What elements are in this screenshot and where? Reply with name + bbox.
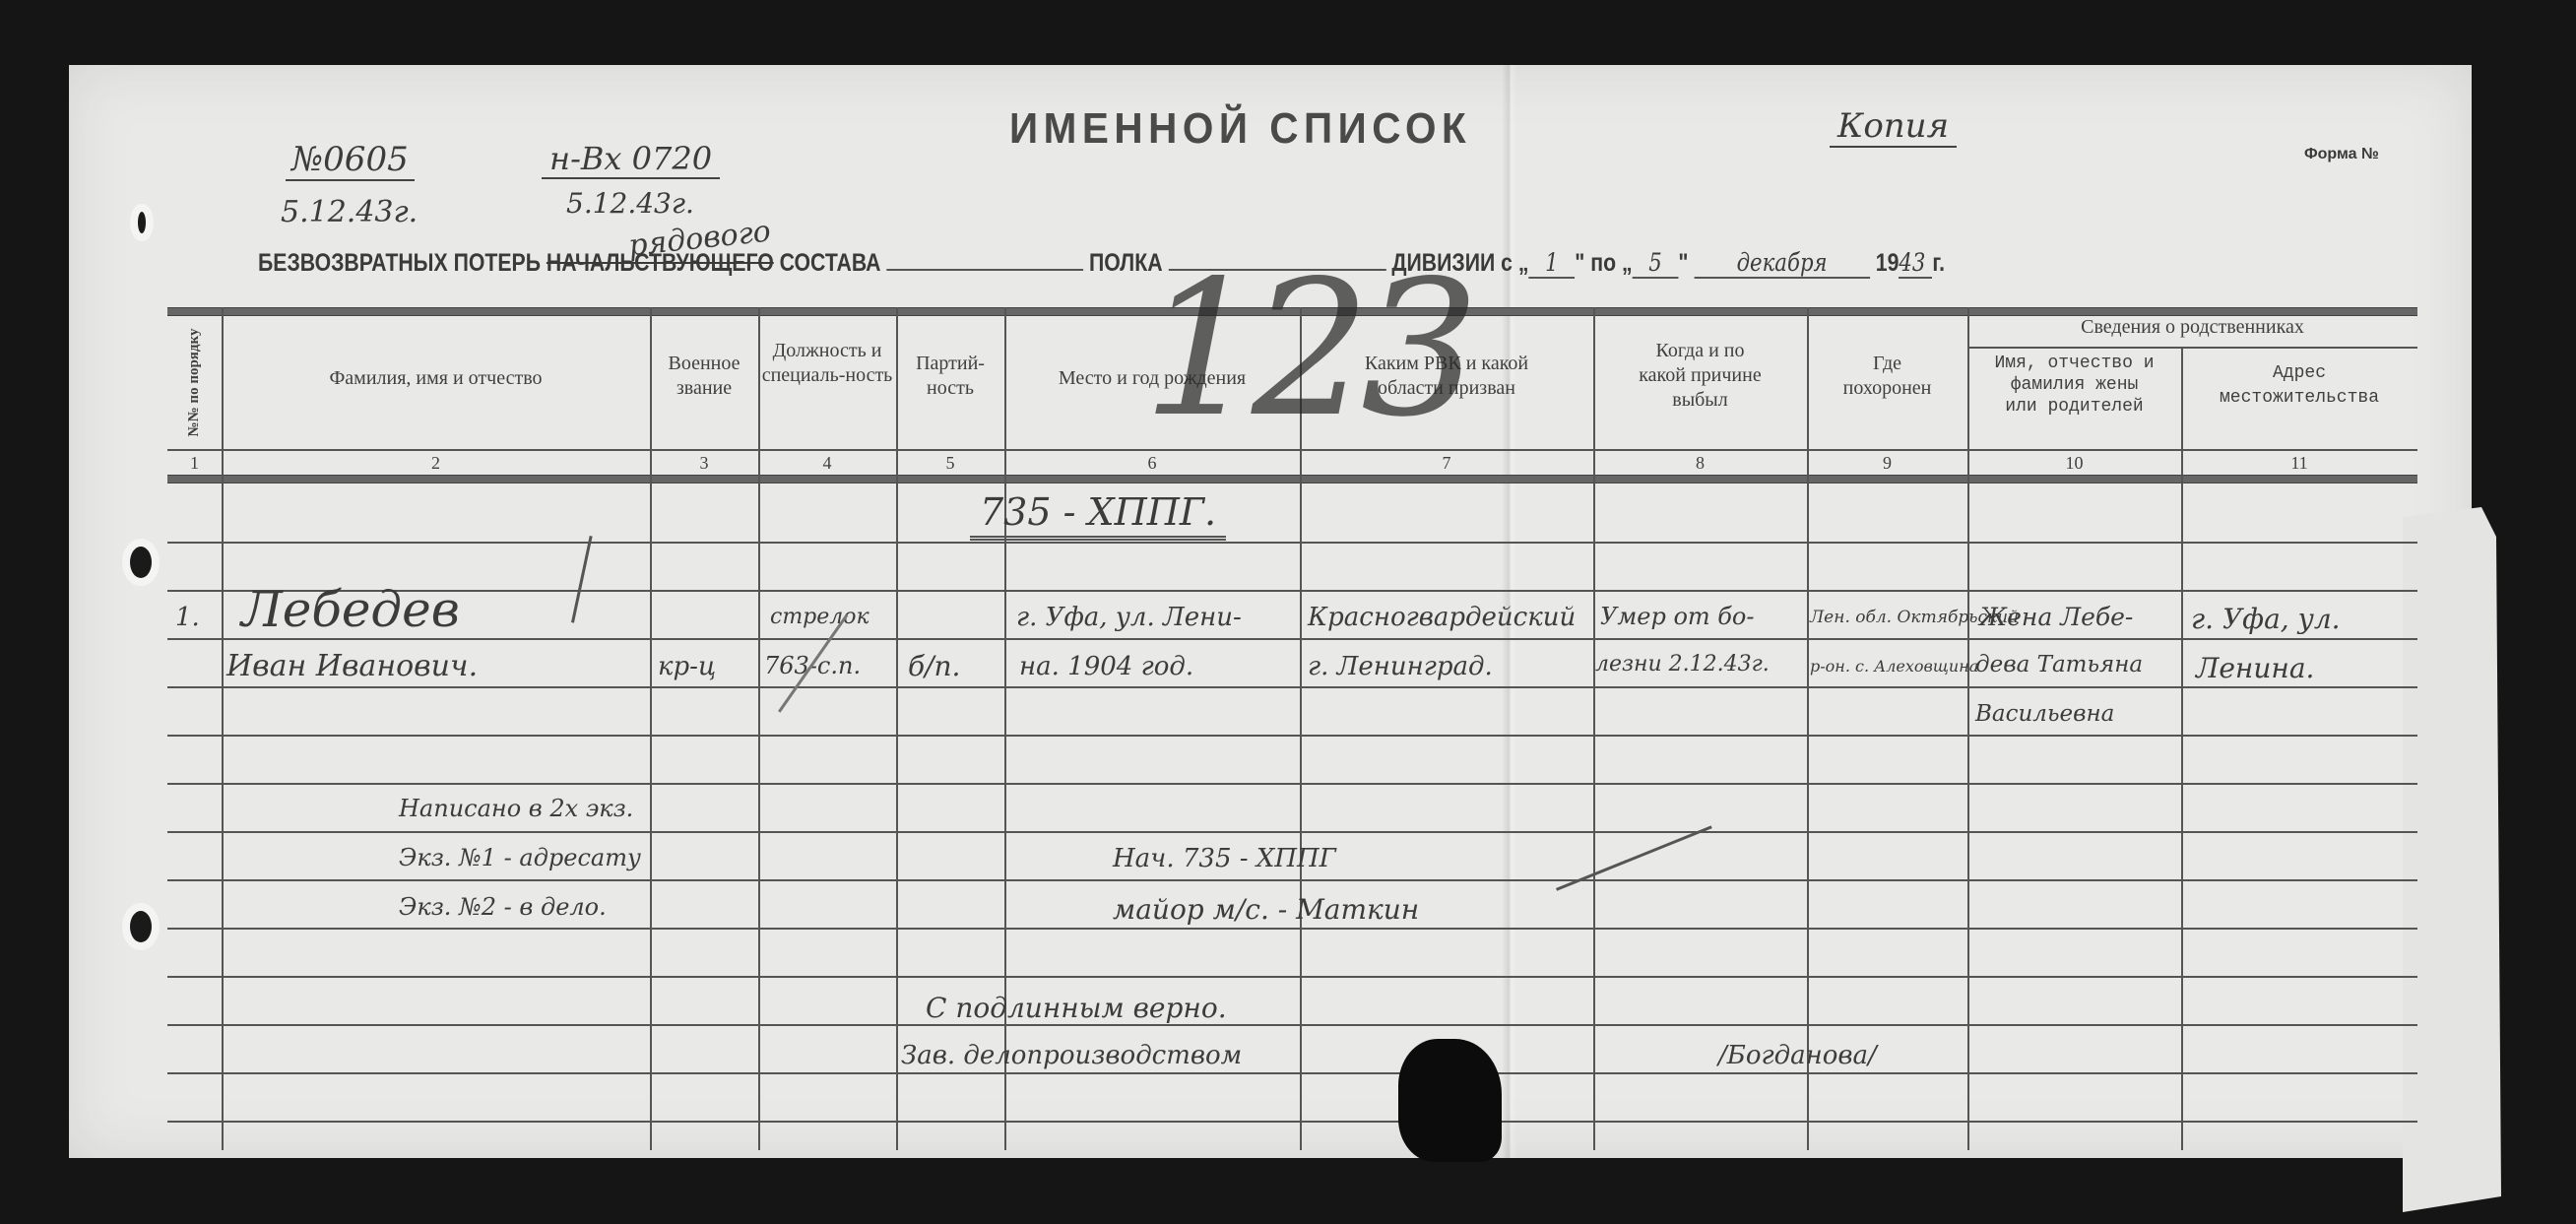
- name-patronymic: Иван Иванович.: [226, 649, 478, 683]
- column-header-3: Военное звание: [650, 352, 758, 401]
- registration-date-right: 5.12.43г.: [566, 187, 694, 220]
- year-prefix: 19: [1876, 249, 1900, 277]
- address-line-2: Ленина.: [2196, 652, 2314, 684]
- rvk-line-1: Красногвардейский: [1308, 603, 1576, 632]
- column-number: 8: [1593, 453, 1807, 474]
- binder-hole: [130, 911, 152, 942]
- year-suffix: 43: [1899, 248, 1932, 279]
- registration-number-left: №0605: [286, 140, 415, 181]
- column-header-2: Фамилия, имя и отчество: [222, 366, 650, 391]
- column-header-4: Должность и специаль-ность: [758, 339, 896, 388]
- reason-line-1: Умер от бо-: [1600, 603, 1754, 630]
- date-to-label: по: [1590, 249, 1616, 277]
- column-number: 3: [650, 453, 758, 474]
- subtitle-struck: НАЧАЛЬСТВУЮЩЕГО: [547, 249, 774, 277]
- position-line-1: стрелок: [770, 605, 869, 629]
- subtitle-prefix: БЕЗВОЗВРАТНЫХ ПОТЕРЬ: [258, 249, 541, 277]
- registration-date-left: 5.12.43г.: [281, 195, 418, 229]
- address-line-1: г. Уфа, ул.: [2191, 603, 2341, 635]
- subtitle-line: БЕЗВОЗВРАТНЫХ ПОТЕРЬ НАЧАЛЬСТВУЮЩЕГО СОС…: [258, 248, 1945, 279]
- binder-hole: [138, 212, 146, 233]
- month: декабря: [1694, 248, 1870, 279]
- year-label: г.: [1932, 249, 1945, 277]
- party: б/п.: [908, 650, 960, 682]
- relative-line-3: Васильевна: [1975, 701, 2114, 727]
- clerk-name: /Богданова/: [1718, 1041, 1877, 1070]
- row-number: 1.: [175, 603, 200, 632]
- birth-line-1: г. Уфа, ул. Лени-: [1016, 603, 1242, 632]
- column-number: 5: [896, 453, 1004, 474]
- paper-torn-edge: [2403, 507, 2516, 1212]
- registration-number-right: н-Вх 0720: [542, 140, 720, 179]
- subtitle-suffix: СОСТАВА: [780, 249, 881, 277]
- column-header-9: Где похоронен: [1807, 352, 1967, 401]
- copies-note-3: Экз. №2 - в дело.: [399, 893, 607, 921]
- unit-heading: 735 - ХППГ.: [970, 490, 1226, 541]
- binder-hole: [130, 547, 152, 578]
- copies-note-2: Экз. №1 - адресату: [399, 844, 641, 871]
- copy-mark: Копия: [1830, 106, 1957, 148]
- form-label: Форма №: [2304, 146, 2379, 163]
- column-header-1: №№ по порядку: [167, 327, 222, 445]
- relative-line-1: Жена Лебе-: [1979, 603, 2133, 631]
- column-number: 4: [758, 453, 896, 474]
- chief-line-2: майор м/с. - Маткин: [1113, 893, 1419, 926]
- date-to: 5: [1633, 248, 1679, 279]
- copies-note-1: Написано в 2х экз.: [399, 795, 633, 822]
- column-header-11: Адрес местожительства: [2181, 361, 2417, 411]
- blank-field: [886, 269, 1083, 271]
- check-mark: [571, 536, 593, 623]
- birth-line-2: на. 1904 год.: [1019, 652, 1193, 681]
- relative-line-2: дева Татьяна: [1975, 652, 2143, 677]
- numbering-rule: [167, 475, 2417, 483]
- column-header-10: Имя, отчество и фамилия жены или родител…: [1967, 353, 2181, 418]
- column-header-8: Когда и по какой причине выбыл: [1593, 339, 1807, 413]
- verified-note: С подлинным верно.: [926, 992, 1227, 1024]
- ink-stain: [1398, 1039, 1502, 1162]
- archive-number: 123: [1142, 256, 1470, 443]
- column-number: 11: [2181, 453, 2417, 474]
- clerk-title: Зав. делопроизводством: [901, 1041, 1242, 1070]
- column-number: 10: [1967, 453, 2181, 474]
- group-header-rule: [1969, 347, 2417, 349]
- rvk-line-2: г. Ленинград.: [1308, 652, 1493, 681]
- date-from: 1: [1529, 248, 1576, 279]
- reason-line-2: лезни 2.12.43г.: [1595, 652, 1770, 676]
- column-number: 2: [222, 453, 650, 474]
- column-header-5: Партий-ность: [896, 352, 1004, 401]
- rank: кр-ц: [658, 652, 716, 681]
- page-title: ИМЕННОЙ СПИСОК: [1009, 104, 1471, 154]
- chief-line-1: Нач. 735 - ХППГ: [1113, 844, 1336, 873]
- column-number: 1: [167, 453, 222, 474]
- column-number: 9: [1807, 453, 1967, 474]
- group-header-relatives: Сведения о родственниках: [1967, 315, 2417, 340]
- surname: Лебедев: [241, 581, 460, 638]
- buried-line-2: р-он. с. Алеховщина: [1810, 657, 1978, 676]
